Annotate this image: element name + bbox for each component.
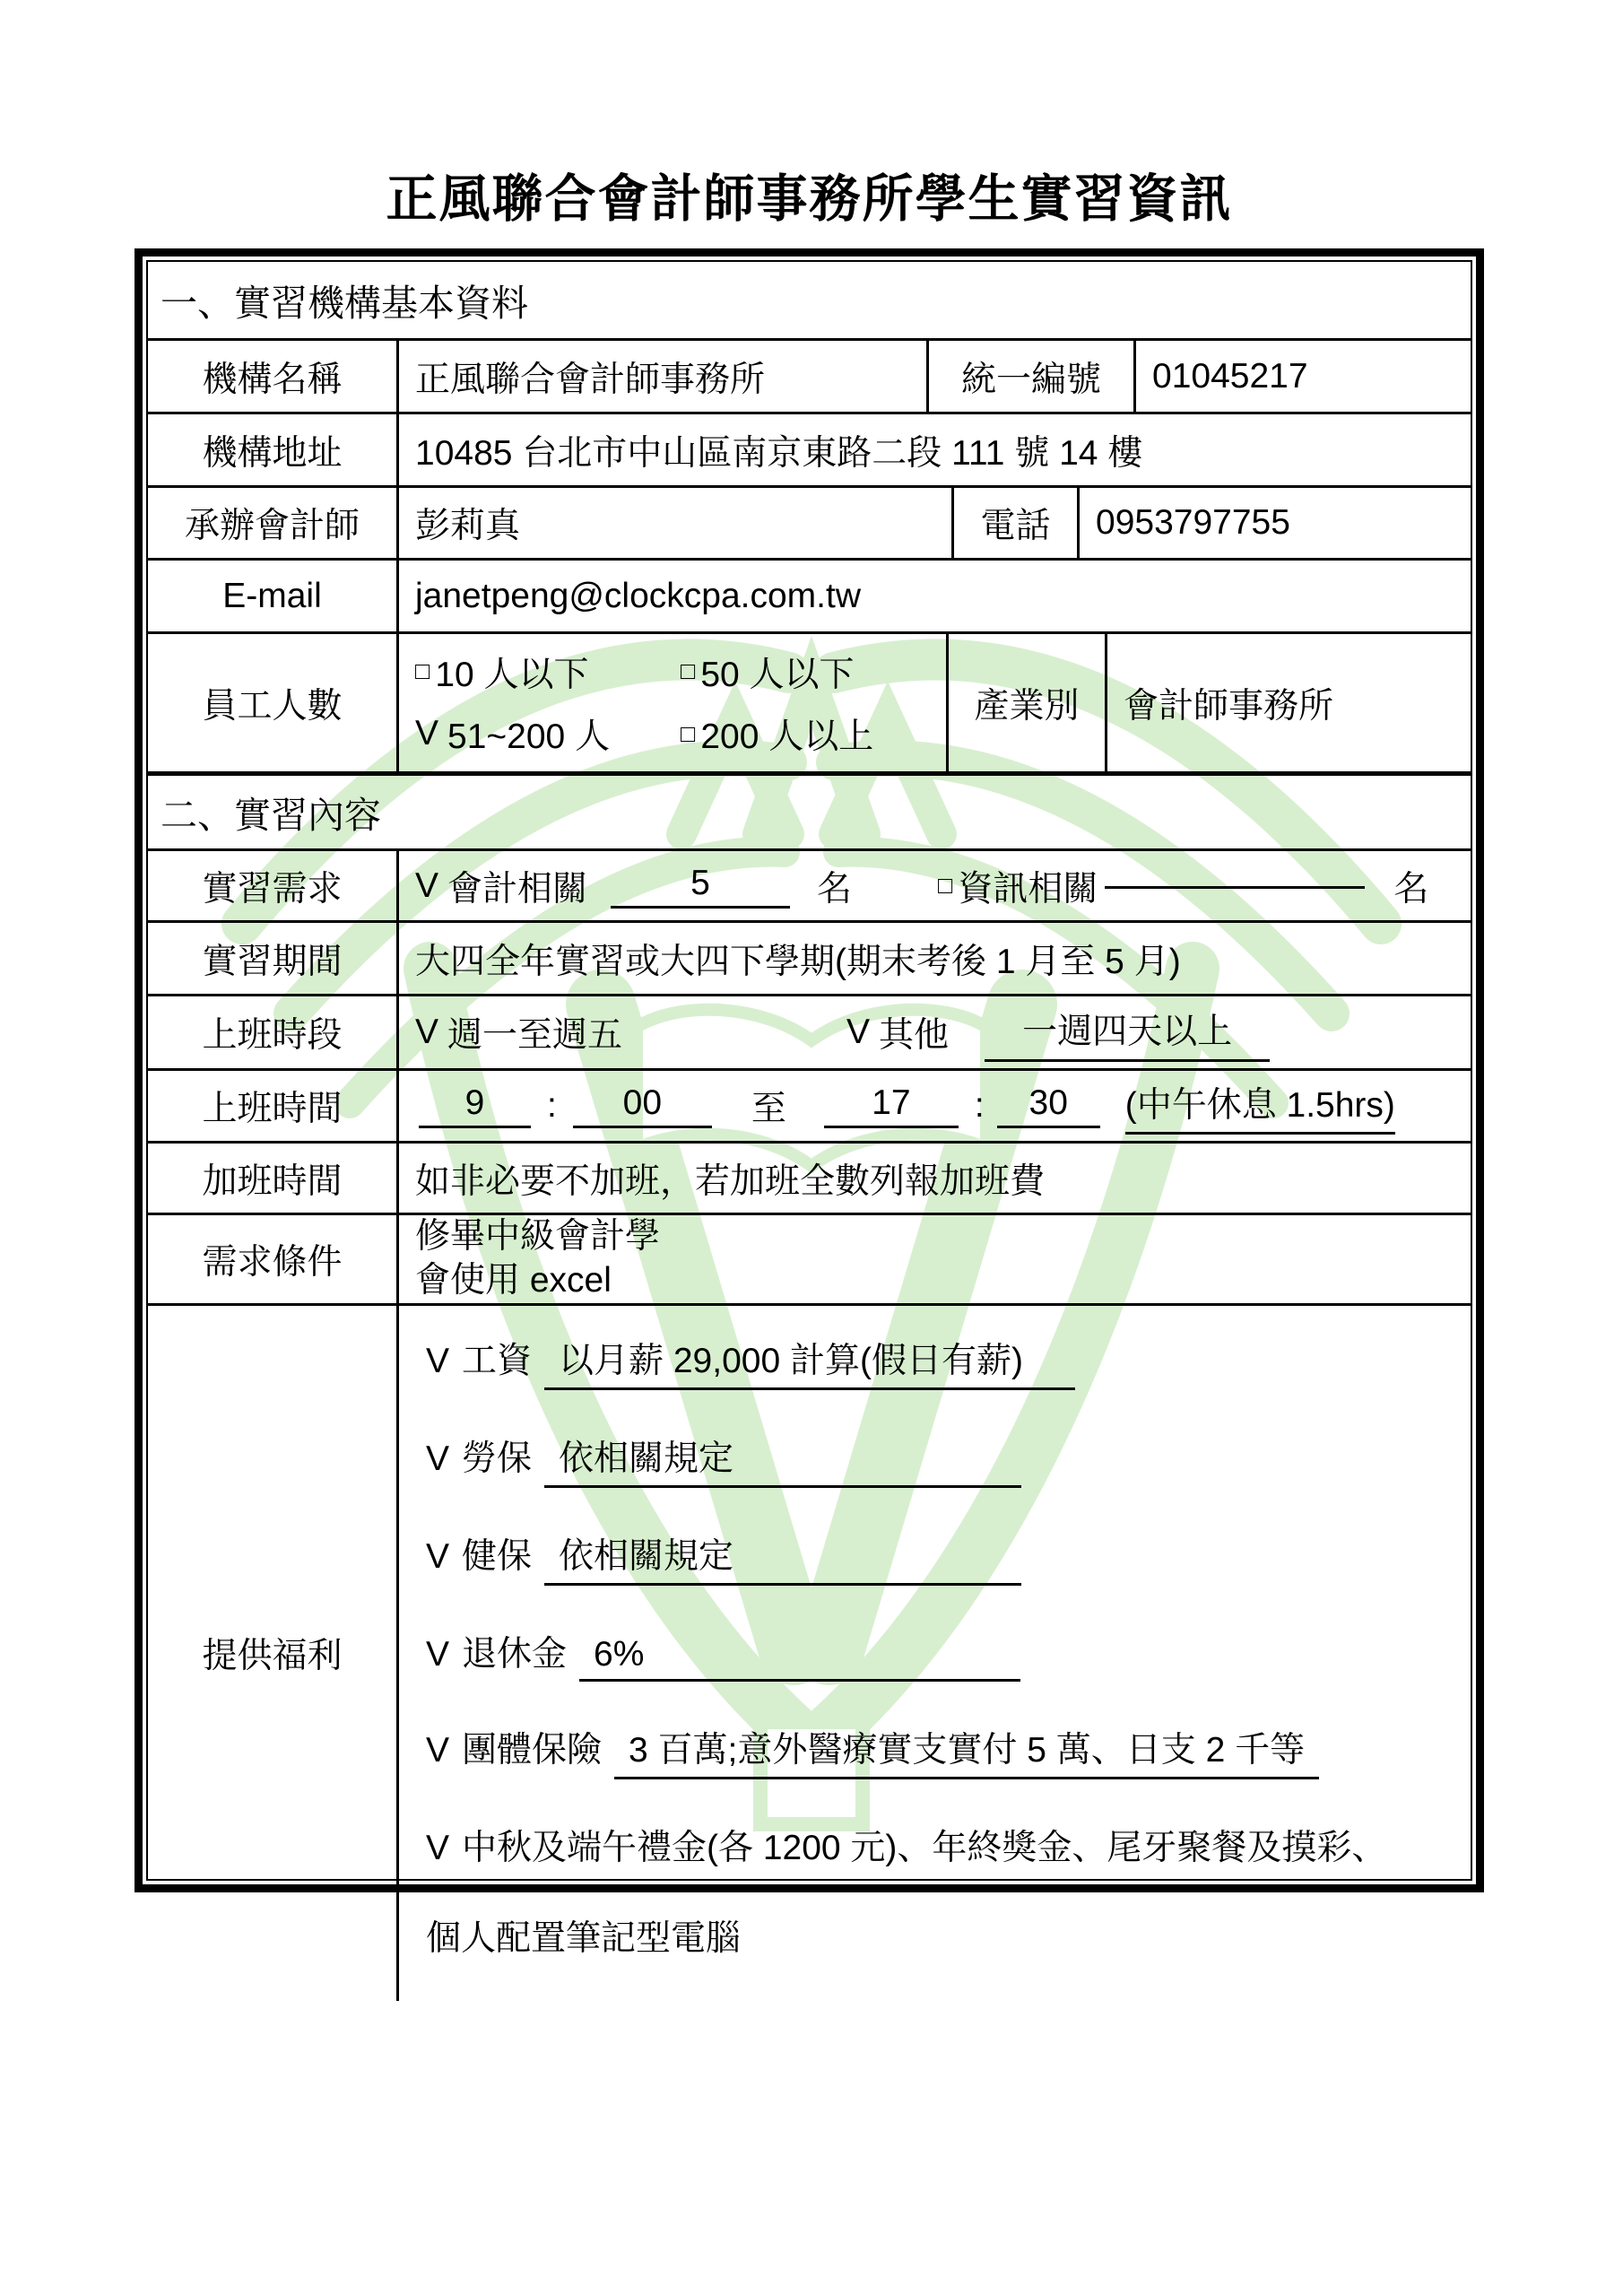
benefits-label: 提供福利 [148,1306,399,2001]
requirement-line1: 修畢中級會計學 [415,1215,660,1259]
checkbox-unchecked-icon: □ [938,874,952,898]
start-minute: 00 [573,1083,712,1128]
email-label: E-mail [148,561,399,631]
accountant-value: 彭莉真 [399,488,954,558]
checkmark-icon: V [426,1635,449,1674]
benefit-group-insurance: V 團體保險 3 百萬;意外醫療實支實付 5 萬、日支 2 千等 [426,1722,1319,1779]
demand-it-count [1105,883,1365,889]
benefit-pension: V 退休金 6% [426,1626,1020,1682]
headcount-option-51-200: V 51~200 人 [415,709,681,759]
section2-header: 二、實習內容 [148,776,1471,851]
checkmark-icon: V [846,1013,870,1052]
tax-id-label: 統一編號 [929,341,1136,412]
work-days-weekdays: 週一至週五 [447,1007,622,1057]
industry-label: 產業別 [949,634,1107,771]
headcount-label: 員工人數 [148,634,399,771]
row-work-days: 上班時段 V 週一至週五 V 其他 一週四天以上 [148,996,1471,1071]
section1-header-text: 一、實習機構基本資料 [161,274,528,326]
period-label: 實習期間 [148,923,399,994]
lunch-break-note: (中午休息 1.5hrs) [1125,1077,1395,1135]
row-accountant: 承辦會計師 彭莉真 電話 0953797755 [148,488,1471,561]
checkmark-icon: V [426,1342,449,1381]
checkmark-icon: V [426,1439,449,1479]
period-value: 大四全年實習或大四下學期(期末考後 1 月至 5 月) [399,923,1471,994]
checkmark-icon: V [426,1537,449,1577]
accountant-label: 承辦會計師 [148,488,399,558]
benefit-salary: V 工資 以月薪 29,000 計算(假日有薪) [426,1333,1075,1390]
headcount-option-over200: □ 200 人以上 [681,709,873,759]
address-value: 10485 台北市中山區南京東路二段 111 號 14 樓 [399,414,1471,485]
requirements-content: 修畢中級會計學 會使用 excel [399,1215,1471,1303]
headcount-options: □ 10 人以下 □ 50 人以下 V 51~200 人 □ 200 人以上 [399,634,949,771]
row-address: 機構地址 10485 台北市中山區南京東路二段 111 號 14 樓 [148,414,1471,488]
checkbox-unchecked-icon: □ [415,659,430,683]
benefit-labor-insurance: V 勞保 依相關規定 [426,1431,1021,1488]
email-value: janetpeng@clockcpa.com.tw [399,561,1471,631]
benefit-bonuses: V 中秋及端午禮金(各 1200 元)、年終獎金、尾牙聚餐及摸彩、 [426,1820,1386,1870]
row-requirements: 需求條件 修畢中級會計學 會使用 excel [148,1215,1471,1306]
row-work-hours: 上班時間 9 : 00 至 17 : 30 (中午休息 1.5hrs) [148,1071,1471,1144]
work-days-content: V 週一至週五 V 其他 一週四天以上 [399,996,1471,1068]
work-days-label: 上班時段 [148,996,399,1068]
work-days-other-value: 一週四天以上 [985,1004,1270,1062]
row-period: 實習期間 大四全年實習或大四下學期(期末考後 1 月至 5 月) [148,923,1471,996]
checkbox-unchecked-icon: □ [681,722,695,746]
end-hour: 17 [824,1083,959,1128]
work-days-other-label: 其他 [879,1007,949,1057]
demand-label: 實習需求 [148,851,399,920]
row-headcount: 員工人數 □ 10 人以下 □ 50 人以下 V 51~200 人 □ [148,634,1471,776]
org-name-value: 正風聯合會計師事務所 [399,341,929,412]
industry-value: 會計師事務所 [1107,634,1471,771]
tax-id-value: 01045217 [1136,341,1471,412]
checkmark-icon: V [415,866,438,906]
benefit-health-insurance: V 健保 依相關規定 [426,1528,1021,1586]
overtime-value: 如非必要不加班，若加班全數列報加班費 [399,1144,1471,1213]
demand-content: V 會計相關 5 名 □ 資訊相關 名 [399,851,1471,920]
phone-value: 0953797755 [1080,488,1471,558]
checkmark-icon: V [415,1013,438,1052]
row-overtime: 加班時間 如非必要不加班，若加班全數列報加班費 [148,1144,1471,1215]
section2-header-text: 二、實習內容 [161,786,381,839]
org-name-label: 機構名稱 [148,341,399,412]
benefits-content: V 工資 以月薪 29,000 計算(假日有薪) V 勞保 依相關規定 V 健保… [399,1306,1471,2001]
checkmark-icon: V [415,714,438,753]
colon-separator: : [547,1086,557,1126]
row-demand: 實習需求 V 會計相關 5 名 □ 資訊相關 名 [148,851,1471,923]
to-text: 至 [751,1081,786,1131]
demand-accounting-text: 會計相關 [447,861,587,911]
address-label: 機構地址 [148,414,399,485]
phone-label: 電話 [954,488,1080,558]
end-minute: 30 [997,1083,1100,1128]
demand-accounting-count: 5 [611,864,790,909]
checkbox-unchecked-icon: □ [681,659,695,683]
checkmark-icon: V [426,1731,449,1770]
row-org-name: 機構名稱 正風聯合會計師事務所 統一編號 01045217 [148,341,1471,414]
demand-it-text: 資訊相關 [958,861,1098,911]
demand-unit: 名 [817,861,852,911]
row-benefits: 提供福利 V 工資 以月薪 29,000 計算(假日有薪) V 勞保 依相關規定… [148,1306,1471,2001]
work-hours-content: 9 : 00 至 17 : 30 (中午休息 1.5hrs) [399,1071,1471,1141]
requirement-line2: 會使用 excel [415,1259,612,1303]
internship-info-table: 一、實習機構基本資料 機構名稱 正風聯合會計師事務所 統一編號 01045217… [135,248,1484,1892]
benefit-laptop: 個人配置筆記型電腦 [426,1910,741,1961]
headcount-option-under10: □ 10 人以下 [415,647,681,697]
requirements-label: 需求條件 [148,1215,399,1303]
work-hours-label: 上班時間 [148,1071,399,1141]
start-hour: 9 [419,1083,531,1128]
colon-separator: : [975,1086,985,1126]
section1-header: 一、實習機構基本資料 [148,262,1471,341]
row-email: E-mail janetpeng@clockcpa.com.tw [148,561,1471,634]
headcount-option-under50: □ 50 人以下 [681,647,855,697]
checkmark-icon: V [426,1829,449,1868]
page-title: 正風聯合會計師事務所學生實習資訊 [135,158,1484,231]
overtime-label: 加班時間 [148,1144,399,1213]
demand-unit2: 名 [1393,861,1428,911]
